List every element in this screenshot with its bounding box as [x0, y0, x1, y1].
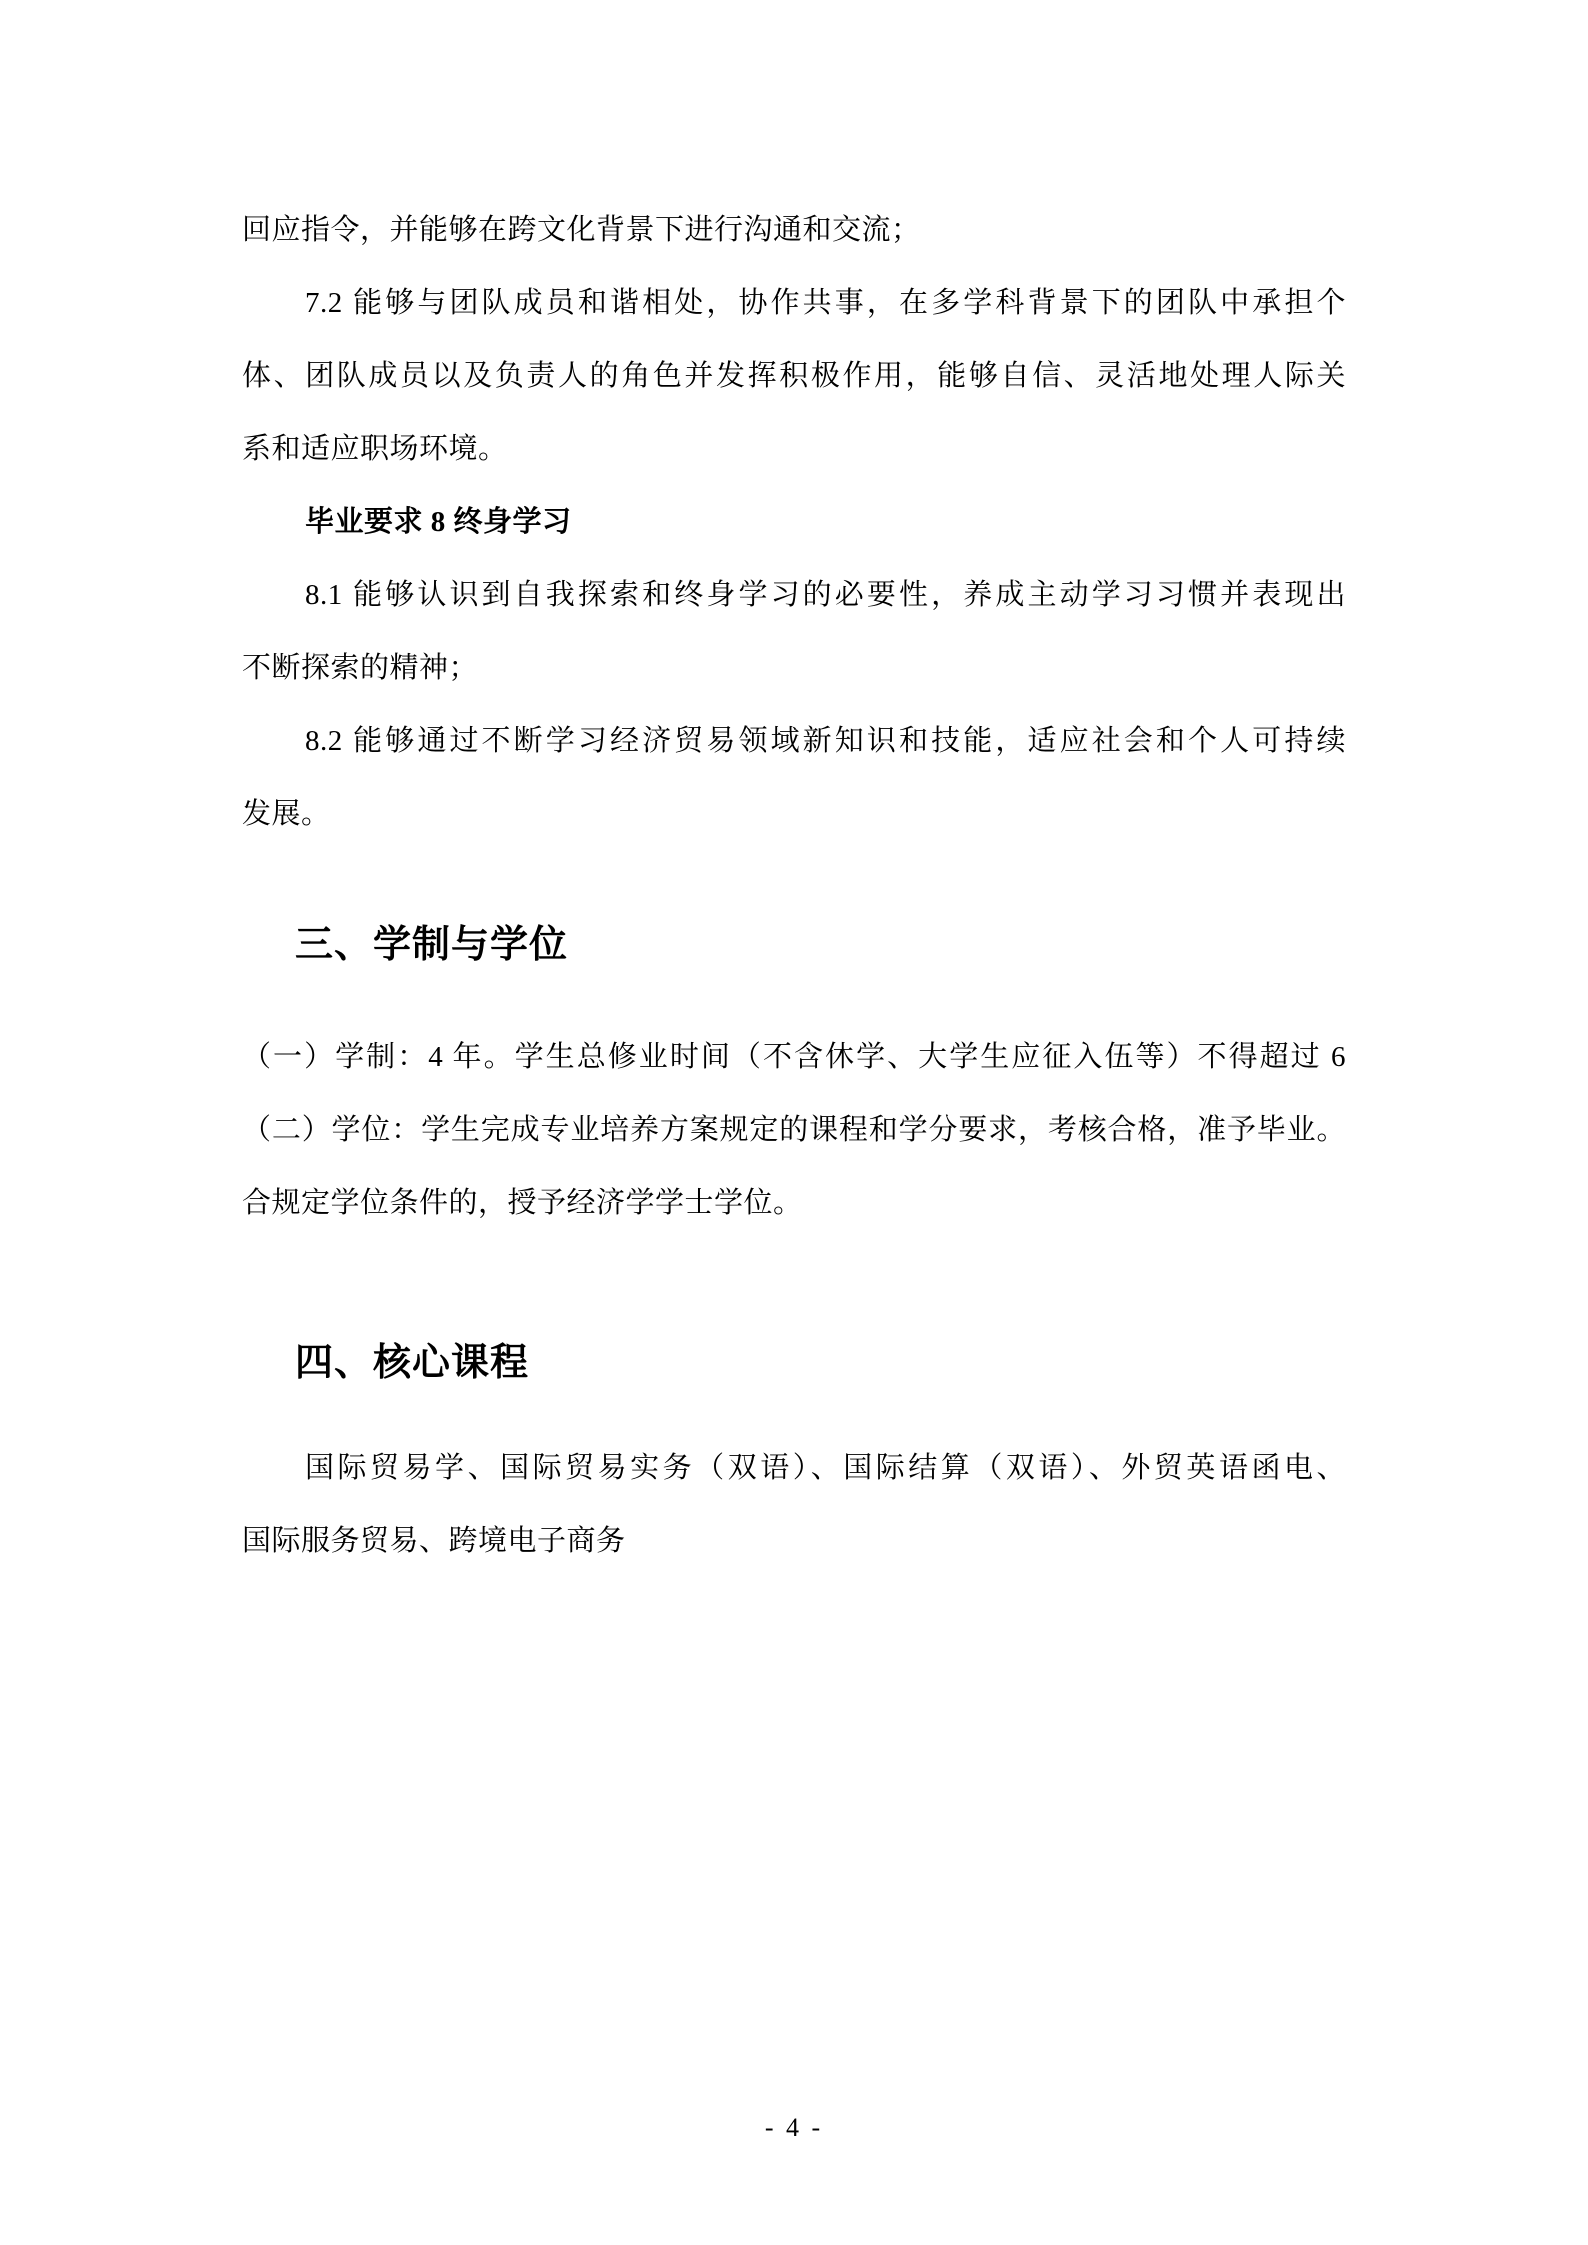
page-number: - 4 - — [0, 2112, 1588, 2144]
text-line: （二）学位：学生完成专业培养方案规定的课程和学分要求，考核合格，准予毕业。符 — [242, 1094, 1346, 1167]
document-page: 回应指令，并能够在跨文化背景下进行沟通和交流；7.2 能够与团队成员和谐相处，协… — [0, 0, 1588, 2245]
text-line: 7.2 能够与团队成员和谐相处，协作共事，在多学科背景下的团队中承担个 — [242, 267, 1346, 340]
text-line: 8.2 能够通过不断学习经济贸易领域新知识和技能，适应社会和个人可持续 — [242, 705, 1346, 778]
text-line: 发展。 — [242, 778, 1346, 851]
text-line: 8.1 能够认识到自我探索和终身学习的必要性，养成主动学习习惯并表现出 — [242, 559, 1346, 632]
text-line: 系和适应职场环境。 — [242, 413, 1346, 486]
text-line: 合规定学位条件的，授予经济学学士学位。 — [242, 1167, 1346, 1240]
section-heading-heading-4: 四、核心课程 — [295, 1327, 529, 1400]
text-line: 回应指令，并能够在跨文化背景下进行沟通和交流； — [242, 194, 1346, 267]
page-content: 回应指令，并能够在跨文化背景下进行沟通和交流；7.2 能够与团队成员和谐相处，协… — [242, 0, 1346, 2245]
text-line: 不断探索的精神； — [242, 632, 1346, 705]
text-line: （一）学制：4 年。学生总修业时间（不含休学、大学生应征入伍等）不得超过 6 年… — [242, 1021, 1346, 1094]
section-heading-heading-3: 三、学制与学位 — [295, 909, 568, 982]
text-line: 体、团队成员以及负责人的角色并发挥积极作用，能够自信、灵活地处理人际关 — [242, 340, 1346, 413]
text-line: 国际服务贸易、跨境电子商务 — [242, 1505, 1346, 1578]
text-line: 国际贸易学、国际贸易实务（双语）、国际结算（双语）、外贸英语函电、 — [242, 1432, 1346, 1505]
text-line: 毕业要求 8 终身学习 — [242, 486, 1346, 559]
